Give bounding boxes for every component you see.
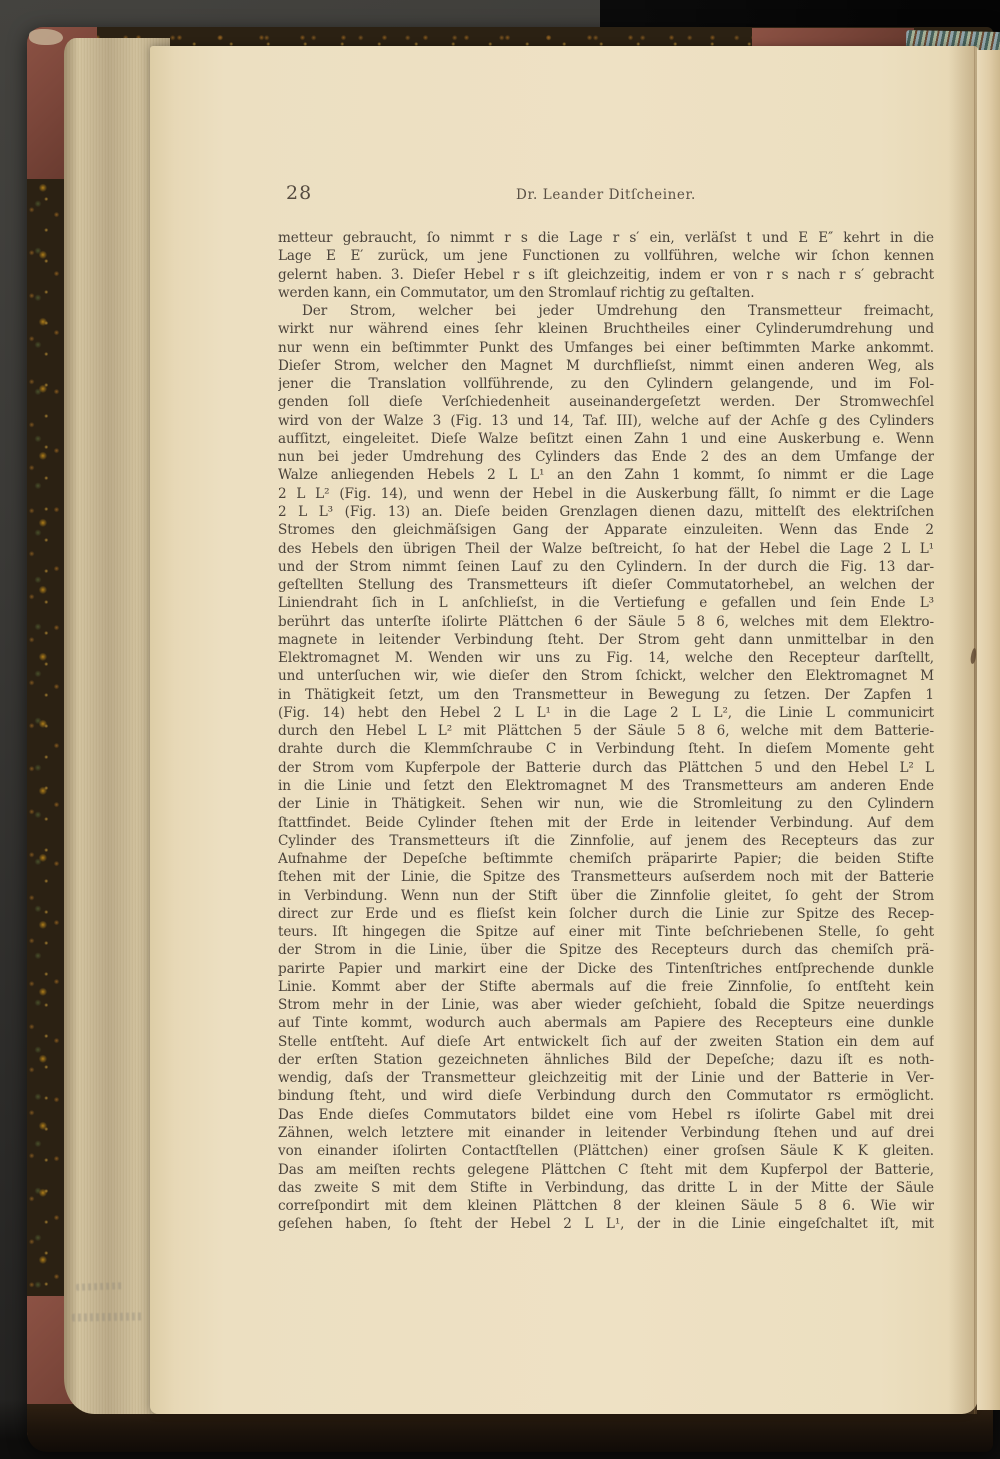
text-line: des Hebels den übrigen Theil der Walze b…	[278, 540, 934, 558]
text-line: genden ſoll dieſe Verſchiedenheit ausein…	[278, 393, 934, 411]
text-line: Zähnen, welch letztere mit einander in l…	[278, 1124, 934, 1142]
paragraph: metteur gebraucht, ſo nimmt r s die Lage…	[278, 229, 934, 302]
text-line: 2 L L³ (Fig. 13) an. Dieſe beiden Grenzl…	[278, 503, 934, 521]
text-line: Walze anliegenden Hebels 2 L L¹ an den Z…	[278, 466, 934, 484]
text-line: teurs. Iſt hingegen die Spitze auf einer…	[278, 923, 934, 941]
page-header: 28 Dr. Leander Ditſcheiner.	[278, 182, 934, 208]
text-line: von einander iſolirten Contactſtellen (P…	[278, 1142, 934, 1160]
text-line: wird von der Walze 3 (Fig. 13 und 14, Ta…	[278, 412, 934, 430]
body-text: metteur gebraucht, ſo nimmt r s die Lage…	[278, 229, 934, 1234]
text-line: in Verbindung. Wenn nun der Stift über d…	[278, 887, 934, 905]
text-line: Das am meiſten rechts gelegene Plättchen…	[278, 1161, 934, 1179]
text-line: der erſten Station gezeichneten ähnliche…	[278, 1051, 934, 1069]
text-line: der Strom in die Linie, über die Spitze …	[278, 941, 934, 959]
text-line: werden kann, ein Commutator, um den Stro…	[278, 284, 934, 302]
text-line: correſpondirt mit dem kleinen Plättchen …	[278, 1197, 934, 1215]
pencil-mark	[72, 1312, 144, 1321]
text-line: aufſitzt, eingeleitet. Dieſe Walze beſit…	[278, 430, 934, 448]
text-line: Lage E E′ zurück, um jene Functionen zu …	[278, 247, 934, 265]
text-line: durch den Hebel L L² mit Plättchen 5 der…	[278, 722, 934, 740]
text-line: Das Ende dieſes Commutators bildet eine …	[278, 1106, 934, 1124]
text-line: direct zur Erde und es flieſst kein ſolc…	[278, 905, 934, 923]
text-line: nun bei jeder Umdrehung des Cylinders da…	[278, 448, 934, 466]
text-line: metteur gebraucht, ſo nimmt r s die Lage…	[278, 229, 934, 247]
text-line: Stromes den gleichmäſsigen Gang der Appa…	[278, 521, 934, 539]
paragraph: Der Strom, welcher bei jeder Umdrehung d…	[278, 302, 934, 1234]
page-gutter-shadow	[948, 46, 975, 1414]
text-line: Liniendraht ſich in L anſchlieſst, in di…	[278, 594, 934, 612]
text-line: geſehen haben, ſo ſteht der Hebel 2 L L¹…	[278, 1215, 934, 1233]
text-line: der Linie in Thätigkeit. Sehen wir nun, …	[278, 795, 934, 813]
text-line: Stelle entſteht. Auf dieſe Art entwickel…	[278, 1033, 934, 1051]
text-line: ſtattfindet. Beide Cylinder ſtehen mit d…	[278, 814, 934, 832]
text-line: auf Tinte kommt, wodurch auch abermals a…	[278, 1014, 934, 1032]
text-line: gelernt haben. 3. Dieſer Hebel r s iſt g…	[278, 266, 934, 284]
next-page-sliver	[977, 50, 1000, 1410]
text-line: berührt das unterſte iſolirte Plättchen …	[278, 613, 934, 631]
text-line: geſtellten Stellung des Transmetteurs iſ…	[278, 576, 934, 594]
text-line: magnete in leitender Verbindung ſteht. D…	[278, 631, 934, 649]
text-line: Dieſer Strom, welcher den Magnet M durch…	[278, 357, 934, 375]
text-line: bindung ſteht, und wird dieſe Verbindung…	[278, 1087, 934, 1105]
text-line: 2 L L² (Fig. 14), und wenn der Hebel in …	[278, 485, 934, 503]
text-line: jener die Translation vollführende, zu d…	[278, 375, 934, 393]
text-line: (Fig. 14) hebt den Hebel 2 L L¹ in die L…	[278, 704, 934, 722]
text-line: Der Strom, welcher bei jeder Umdrehung d…	[278, 302, 934, 320]
text-line: und unterſuchen wir, wie dieſer den Stro…	[278, 667, 934, 685]
text-line: wendig, daſs der Transmetteur gleichzeit…	[278, 1069, 934, 1087]
text-line: Aufnahme der Depeſche beſtimmte chemiſch…	[278, 850, 934, 868]
text-line: parirte Papier und markirt eine der Dick…	[278, 960, 934, 978]
text-line: Linie. Kommt aber der Stifte abermals au…	[278, 978, 934, 996]
text-line: Elektromagnet M. Wenden wir uns zu Fig. …	[278, 649, 934, 667]
text-line: das zweite S mit dem Stifte in Verbindun…	[278, 1179, 934, 1197]
text-line: Cylinder des Transmetteurs iſt die Zinnf…	[278, 832, 934, 850]
text-line: nur wenn ein beſtimmter Punkt des Umfang…	[278, 339, 934, 357]
text-line: in Thätigkeit ſetzt, um den Transmetteur…	[278, 686, 934, 704]
text-line: in die Linie und ſetzt den Elektromagnet…	[278, 777, 934, 795]
running-title: Dr. Leander Ditſcheiner.	[278, 187, 934, 203]
text-line: drahte durch die Klemmſchraube C in Verb…	[278, 740, 934, 758]
text-line: ſtehen mit der Linie, die Spitze des Tra…	[278, 868, 934, 886]
text-line: der Strom vom Kupferpole der Batterie du…	[278, 759, 934, 777]
text-line: wirkt nur während eines ſehr kleinen Bru…	[278, 320, 934, 338]
book-photo: 28 Dr. Leander Ditſcheiner. metteur gebr…	[0, 0, 1000, 1459]
text-line: Strom mehr in der Linie, was aber wieder…	[278, 996, 934, 1014]
book-page: 28 Dr. Leander Ditſcheiner. metteur gebr…	[150, 46, 978, 1414]
text-line: und der Strom nimmt ſeinen Lauf zu den C…	[278, 558, 934, 576]
